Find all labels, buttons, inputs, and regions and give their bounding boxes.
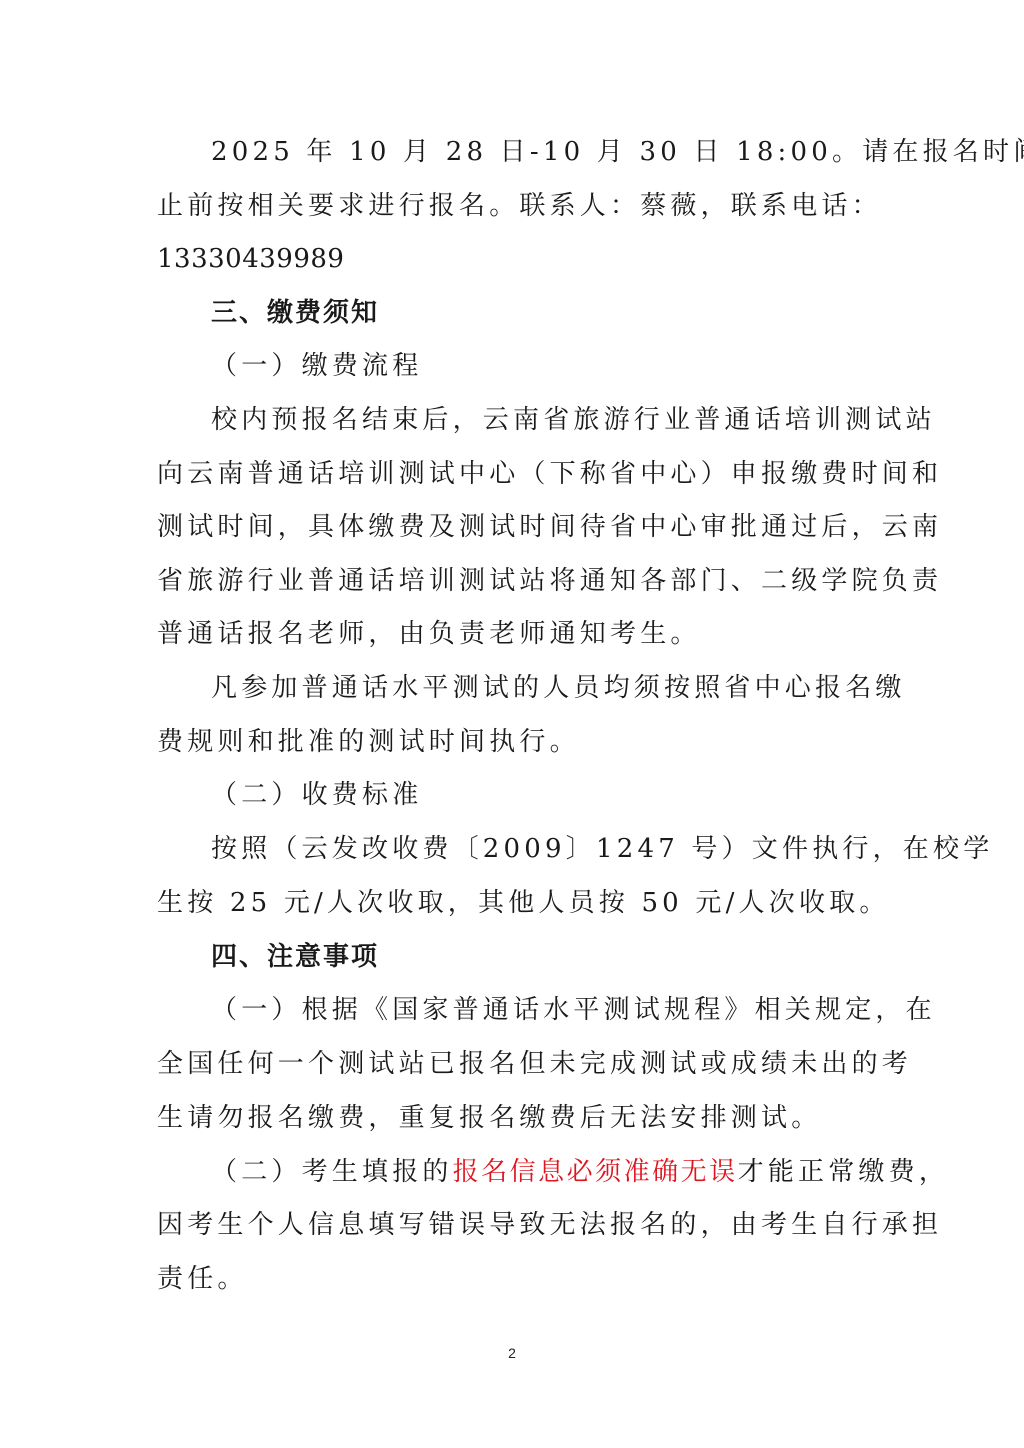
subheading-payment-process: （一）缴费流程 xyxy=(211,346,422,386)
document-page: 2025 年 10 月 28 日-10 月 30 日 18:00。请在报名时间截… xyxy=(0,0,1024,1448)
body-line: 校内预报名结束后，云南省旅游行业普通话培训测试站 xyxy=(211,400,936,440)
body-line: 全国任何一个测试站已报名但未完成测试或成绩未出的考 xyxy=(157,1044,912,1084)
body-line: 因考生个人信息填写错误导致无法报名的，由考生自行承担 xyxy=(157,1205,942,1245)
body-line: 省旅游行业普通话培训测试站将通知各部门、二级学院负责 xyxy=(157,561,942,601)
section-heading-notes: 四、注意事项 xyxy=(211,937,379,977)
body-line: 止前按相关要求进行报名。联系人：蔡薇，联系电话： xyxy=(157,186,882,226)
body-line: 生请勿报名缴费，重复报名缴费后无法安排测试。 xyxy=(157,1098,821,1138)
body-line: （一）根据《国家普通话水平测试规程》相关规定，在 xyxy=(211,990,936,1030)
body-line: 普通话报名老师，由负责老师通知考生。 xyxy=(157,614,701,654)
body-line: 2025 年 10 月 28 日-10 月 30 日 18:00。请在报名时间截 xyxy=(211,132,1024,172)
page-number: 2 xyxy=(0,1345,1024,1361)
section-heading-fees: 三、缴费须知 xyxy=(211,293,379,333)
text-prefix: （二）考生填报的 xyxy=(211,1157,453,1187)
body-line: 生按 25 元/人次收取，其他人员按 50 元/人次收取。 xyxy=(157,883,890,923)
body-line: 向云南普通话培训测试中心（下称省中心）申报缴费时间和 xyxy=(157,454,942,494)
body-line: 费规则和批准的测试时间执行。 xyxy=(157,722,580,762)
body-line: 责任。 xyxy=(157,1259,248,1299)
body-line: 凡参加普通话水平测试的人员均须按照省中心报名缴 xyxy=(211,668,906,708)
body-line-with-highlight: （二）考生填报的报名信息必须准确无误才能正常缴费， xyxy=(211,1152,949,1192)
subheading-fee-standard: （二）收费标准 xyxy=(211,775,422,815)
body-line: 测试时间，具体缴费及测试时间待省中心审批通过后，云南 xyxy=(157,507,942,547)
body-line: 按照（云发改收费〔2009〕1247 号）文件执行，在校学 xyxy=(211,829,993,869)
text-suffix: 才能正常缴费， xyxy=(738,1157,949,1187)
highlighted-warning: 报名信息必须准确无误 xyxy=(453,1157,738,1187)
phone-number: 13330439989 xyxy=(157,239,344,279)
